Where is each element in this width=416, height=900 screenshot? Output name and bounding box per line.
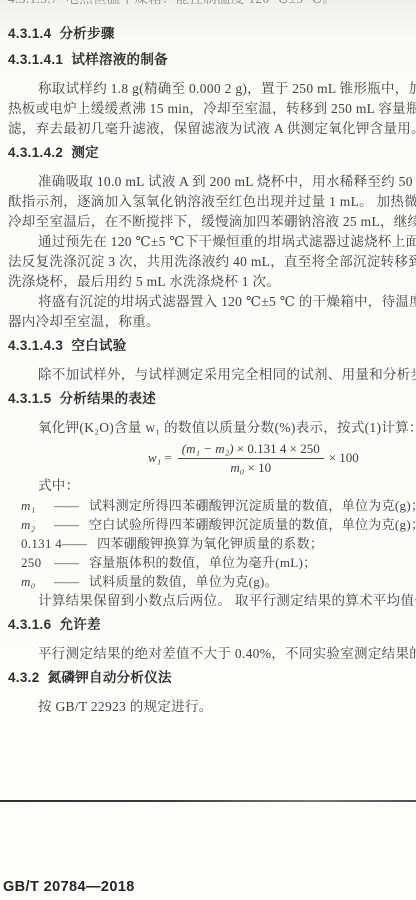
text-line: 器内冷却至室温，称重。 [8,312,416,332]
formula-fraction: (m₁ − m₂) × 0.131 4 × 250 m₀ × 10 [178,441,324,476]
page-content: 4.3.1.3.7 电热恒温干燥箱：能控制温度 120 ℃±5 ℃。 4.3.1… [0,0,416,717]
scanned-standard-page: { "page": { "clipped_top_line": "4.3.1.3… [0,0,416,900]
symbol-definition-row: m₁——试料测定所得四苯硼酸钾沉淀质量的数值，单位为克(g)； [8,496,416,515]
section-heading: 4.3.1.6 允许差 [8,615,416,635]
numerator-constants: × 0.131 4 × 250 [234,441,320,456]
page-edge-separator [0,800,416,802]
text-line: 计算结果保留到小数点后两位。 取平行测定结果的算术平均值作为测定 [8,591,416,611]
text-line: 按 GB/T 22923 的规定进行。 [8,697,416,717]
definition-dash: —— [54,496,89,515]
definition-text: 试料测定所得四苯硼酸钾沉淀质量的数值，单位为克(g)； [89,496,416,515]
denominator-variable: m₀ [230,460,244,475]
section-heading: 4.3.1.5 分析结果的表述 [8,389,416,409]
text-line: 平行测定结果的绝对差值不大于 0.40%，不同实验室测定结果的绝对差 [8,644,416,664]
formula-equals-sign: = [164,450,171,465]
where-label: 式中： [8,476,416,496]
symbol: m₁ [21,496,54,515]
text-line: 氧化钾(K₂O)含量 w₁ 的数值以质量分数(%)表示，按式(1)计算： [8,418,416,438]
section-heading: 4.3.1.4.2 测定 [8,143,416,163]
formula-denominator: m₀ × 10 [178,459,324,476]
formula-variable-w1: w₁ [148,450,161,465]
text-line: 称取试样约 1.8 g(精确至 0.000 2 g)，置于 250 mL 锥形瓶… [8,79,416,99]
symbol: m₀ [21,572,54,591]
text-line: 通过预先在 120 ℃±5 ℃下干燥恒重的坩埚式滤器过滤烧杯上面的清液 [8,232,416,252]
text-line: 酞指示剂，逐滴加入氢氧化钠溶液至红色出现并过量 1 mL。 加热微沸 15 m [8,192,416,212]
symbol-definition-row: 250——容量瓶体积的数值，单位为毫升(mL)； [8,553,416,572]
symbol: 250 [21,553,54,572]
formula-multiplier: × 100 [329,450,359,466]
section-heading: 4.3.1.4 分析步骤 [8,24,416,44]
definition-text: 容量瓶体积的数值，单位为毫升(mL)； [89,553,316,572]
definition-text: 空白试验所得四苯硼酸钾沉淀质量的数值，单位为克(g)； [89,515,416,534]
text-line: 热板或电炉上缓缓煮沸 15 min，冷却至室温，转移到 250 mL 容量瓶中，… [8,99,416,119]
clipped-line-container: 4.3.1.3.7 电热恒温干燥箱：能控制温度 120 ℃±5 ℃。 [8,0,416,10]
formula-numerator: (m₁ − m₂) × 0.131 4 × 250 [178,441,324,459]
text-line: 除不加试样外，与试样测定采用完全相同的试剂、用量和分析步骤进行平 [8,365,416,385]
formula-lhs: w₁ = [148,450,172,466]
symbol-definition-row: m₀——试料质量的数值，单位为克(g)。 [8,572,416,591]
definition-text: 试料质量的数值，单位为克(g)。 [89,572,278,591]
text-line: 准确吸取 10.0 mL 试液 A 到 200 mL 烧杯中，用水稀释至约 50… [8,172,416,192]
content-blocks-upper: 4.3.1.4 分析步骤4.3.1.4.1 试样溶液的制备称取试样约 1.8 g… [8,24,416,438]
text-line: 将盛有沉淀的坩埚式滤器置入 120 ℃±5 ℃ 的干燥箱中，待温度达到后 [8,292,416,312]
definition-dash: —— [54,515,89,534]
document-page: 4.3.1.3.7 电热恒温干燥箱：能控制温度 120 ℃±5 ℃。 4.3.1… [0,0,416,900]
symbol-definitions: m₁——试料测定所得四苯硼酸钾沉淀质量的数值，单位为克(g)；m₂——空白试验所… [8,496,416,591]
text-line: 法反复洗涤沉淀 3 次，共用洗涤液约 40 mL，直至将全部沉淀转移到玻璃坩 [8,252,416,272]
standard-number-footer: GB/T 20784—2018 [3,879,135,895]
text-line: 冷却至室温后，在不断搅拌下，缓慢滴加四苯硼钠溶液 25 mL，继续搅拌 1 m [8,212,416,232]
numerator-variables: (m₁ − m₂) [182,441,234,456]
section-heading: 4.3.1.4.3 空白试验 [8,336,416,356]
text-line: 洗涤烧杯，最后用约 5 mL 水洗涤烧杯 1 次。 [8,272,416,292]
denominator-constant: × 10 [244,460,271,475]
text-line: 滤，弃去最初几毫升滤液，保留滤液为试液 A 供测定氧化钾含量用。 [8,119,416,139]
formula-equation-1: w₁ = (m₁ − m₂) × 0.131 4 × 250 m₀ × 10 ×… [148,440,416,476]
definition-text: 四苯硼酸钾换算为氧化钾质量的系数； [97,534,323,553]
content-blocks-lower: 计算结果保留到小数点后两位。 取平行测定结果的算术平均值作为测定4.3.1.6 … [8,591,416,717]
clipped-text-line: 4.3.1.3.7 电热恒温干燥箱：能控制温度 120 ℃±5 ℃。 [8,0,416,9]
section-heading: 4.3.1.4.1 试样溶液的制备 [8,50,416,70]
symbol-definition-row: 0.131 4——四苯硼酸钾换算为氧化钾质量的系数； [8,534,416,553]
symbol: 0.131 4 [21,534,62,553]
symbol: m₂ [21,515,54,534]
section-heading: 4.3.2 氮磷钾自动分析仪法 [8,668,416,688]
symbol-definition-row: m₂——空白试验所得四苯硼酸钾沉淀质量的数值，单位为克(g)； [8,515,416,534]
definition-dash: —— [54,572,89,591]
definition-dash: —— [54,553,89,572]
definition-dash: —— [62,534,97,553]
